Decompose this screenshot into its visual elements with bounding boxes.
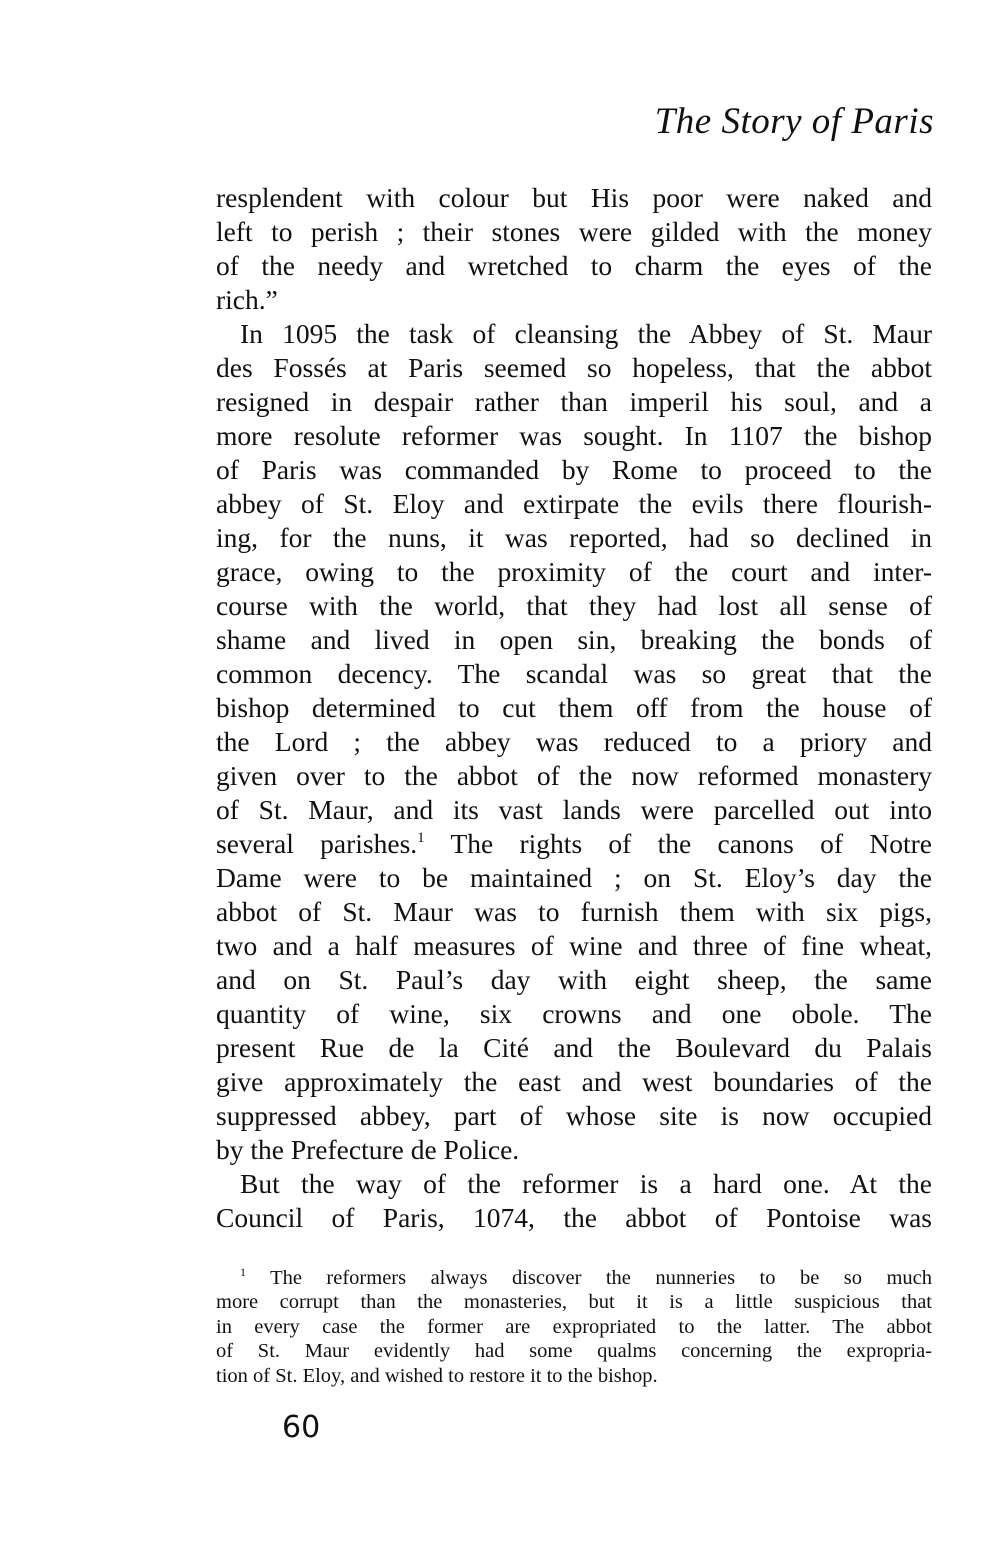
footnote-line: in every case the former are expropriate…: [216, 1315, 932, 1339]
text-line: and on St. Paul’s day with eight sheep, …: [216, 963, 932, 997]
text-line: grace, owing to the proximity of the cou…: [216, 555, 932, 589]
paragraph-3: But the way of the reformer is a hard on…: [216, 1167, 932, 1235]
text-segment: several parishes.: [216, 828, 417, 859]
text-line: In 1095 the task of cleansing the Abbey …: [216, 317, 932, 351]
text-segment: The rights of the canons of Notre: [425, 828, 932, 859]
text-line: give approximately the east and west bou…: [216, 1065, 932, 1099]
text-line: resplendent with colour but His poor wer…: [216, 181, 932, 215]
text-line: rich.”: [216, 283, 932, 317]
text-line: abbot of St. Maur was to furnish them wi…: [216, 895, 932, 929]
text-line: of St. Maur, and its vast lands were par…: [216, 793, 932, 827]
text-line: quantity of wine, six crowns and one obo…: [216, 997, 932, 1031]
footnote-line: tion of St. Eloy, and wished to restore …: [216, 1364, 932, 1388]
text-line: of Paris was commanded by Rome to procee…: [216, 453, 932, 487]
footnote-marker: 1: [240, 1265, 246, 1279]
text-line: left to perish ; their stones were gilde…: [216, 215, 932, 249]
text-line: But the way of the reformer is a hard on…: [216, 1167, 932, 1201]
text-line: Council of Paris, 1074, the abbot of Pon…: [216, 1201, 932, 1235]
text-line: of the needy and wretched to charm the e…: [216, 249, 932, 283]
text-line: more resolute reformer was sought. In 11…: [216, 419, 932, 453]
text-line: resigned in despair rather than imperil …: [216, 385, 932, 419]
text-segment: The reformers always discover the nunner…: [270, 1267, 932, 1289]
footnote-reference[interactable]: 1: [417, 830, 425, 846]
text-line: Dame were to be maintained ; on St. Eloy…: [216, 861, 932, 895]
footnote-line: of St. Maur evidently had some qualms co…: [216, 1339, 932, 1363]
body-text: resplendent with colour but His poor wer…: [216, 181, 932, 1235]
text-line: des Fossés at Paris seemed so hopeless, …: [216, 351, 932, 385]
text-line: two and a half measures of wine and thre…: [216, 929, 932, 963]
text-line: ing, for the nuns, it was reported, had …: [216, 521, 932, 555]
paragraph-1: resplendent with colour but His poor wer…: [216, 181, 932, 317]
text-line: abbey of St. Eloy and extirpate the evil…: [216, 487, 932, 521]
text-line-with-footnote-ref: several parishes.1 The rights of the can…: [216, 827, 932, 861]
paragraph-2: In 1095 the task of cleansing the Abbey …: [216, 317, 932, 1167]
text-line: present Rue de la Cité and the Boulevard…: [216, 1031, 932, 1065]
text-line: bishop determined to cut them off from t…: [216, 691, 932, 725]
text-line: by the Prefecture de Police.: [216, 1133, 932, 1167]
text-line: suppressed abbey, part of whose site is …: [216, 1099, 932, 1133]
text-line: given over to the abbot of the now refor…: [216, 759, 932, 793]
text-line: the Lord ; the abbey was reduced to a pr…: [216, 725, 932, 759]
page-number: 60: [282, 1410, 320, 1446]
footnote-line: 1 The reformers always discover the nunn…: [216, 1266, 932, 1290]
footnote-line: more corrupt than the monasteries, but i…: [216, 1290, 932, 1314]
text-line: common decency. The scandal was so great…: [216, 657, 932, 691]
footnote: 1 The reformers always discover the nunn…: [216, 1266, 932, 1388]
text-line: shame and lived in open sin, breaking th…: [216, 623, 932, 657]
running-head: The Story of Paris: [655, 100, 934, 144]
text-line: course with the world, that they had los…: [216, 589, 932, 623]
